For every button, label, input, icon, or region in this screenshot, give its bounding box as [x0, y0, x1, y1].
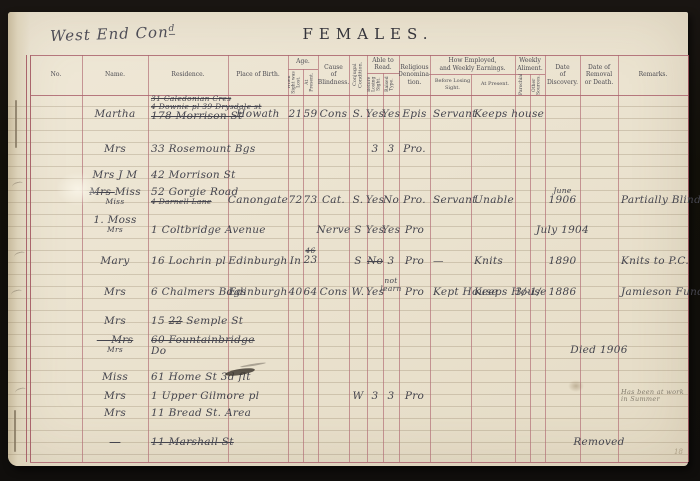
ledger-cell: 4623 [303, 247, 318, 277]
ledger-cell: Died 1906 [580, 335, 618, 367]
stain [568, 380, 584, 392]
ledger-cell: S. [349, 95, 367, 135]
column-header: Date ofRemovalor Death. [580, 55, 618, 95]
column-header: WeeklyAliment. [515, 55, 545, 74]
ledger-cell: Yes [367, 215, 383, 247]
ledger-cell: — [430, 247, 471, 277]
ledger-cell: Mrs [82, 135, 148, 165]
column-subheader: When Sight was Lost. [288, 69, 303, 95]
table-line [580, 55, 581, 462]
ledger-cell: 6 Chalmers Bdgs [148, 277, 228, 309]
ledger-cell: 1 Coltbridge Avenue [148, 215, 228, 247]
column-header: Age. [288, 55, 318, 69]
corner-number: 18 [674, 448, 683, 456]
ledger-cell: 11 Marshall St [148, 424, 228, 462]
column-header: Place of Birth. [228, 55, 288, 95]
column-header: CauseofBlindness. [318, 55, 349, 95]
ledger-cell: 64 [303, 277, 318, 309]
ledger-cell: W. [349, 277, 367, 309]
ledger-cell: Unable [471, 187, 515, 215]
ledger-cell: No [367, 247, 383, 277]
ledger-cell: Cons [318, 95, 349, 135]
page-annotation: West End Cond [50, 23, 176, 45]
ledger-cell: Pro. [399, 135, 430, 165]
ledger-cell: — [82, 424, 148, 462]
ledger-cell: Pro [399, 215, 430, 247]
ledger-cell: Mrs [82, 309, 148, 335]
column-header: DateofDiscovery. [545, 55, 580, 95]
ledger-cell: 60 FountainbridgeDo [148, 335, 228, 367]
column-header: No. [30, 55, 82, 95]
column-header: Remarks. [618, 55, 688, 95]
ledger-cell: Has been at workin Summer [618, 389, 688, 404]
ledger-cell: 3 [383, 389, 399, 404]
table-line [30, 462, 688, 463]
ledger-cell: 42 Morrison St [148, 165, 228, 187]
ledger-cell: 1890 [545, 247, 580, 277]
column-subheader: At Present. [303, 69, 318, 95]
ledger-cell: Epis [399, 95, 430, 135]
ledger-cell: Mrs [82, 277, 148, 309]
ledger-sheet: No.Name.Residence.Place of Birth.Causeof… [30, 55, 688, 462]
column-subheader: Other Sources. [530, 74, 545, 95]
ledger-cell: Mrs [82, 404, 148, 424]
ledger-cell: 1886 [545, 277, 580, 309]
column-subheader: At Present. [471, 74, 519, 95]
ledger-cell: July 1904 [545, 215, 580, 247]
ledger-cell: Yes [367, 187, 383, 215]
ledger-cell: Cat. [318, 187, 349, 215]
ledger-cell: Knits to P.C. [618, 247, 688, 277]
ledger-cell: Pro [399, 389, 430, 404]
ledger-cell: Keeps house [471, 95, 515, 135]
ledger-cell: 1/- [530, 277, 545, 309]
ledger-cell: Kept House [430, 277, 471, 309]
ledger-cell: Servant [430, 187, 471, 215]
ledger-cell: Cons [318, 277, 349, 309]
ledger-cell: Pro [399, 277, 430, 309]
ledger-cell: Howath [228, 95, 288, 135]
ledger-cell: In [288, 247, 303, 277]
ledger-page: West End Cond FEMALES. No.Name.Residence… [8, 12, 688, 466]
column-header: How Employed,and Weekly Earnings. [430, 55, 515, 74]
table-line [30, 55, 31, 462]
ledger-cell: S [349, 247, 367, 277]
ledger-cell: Servant [430, 95, 471, 135]
annotation-text: West End Con [50, 23, 169, 45]
ledger-cell: Partially Blind [618, 187, 688, 215]
ledger-cell: notlearn [383, 277, 399, 309]
ledger-cell: Mrs [82, 389, 148, 404]
ledger-cell: No [383, 187, 399, 215]
column-subheader: Raised Type. [383, 73, 399, 95]
ledger-cell: 72 [288, 187, 303, 215]
ledger-cell: 33 Rosemount Bgs [148, 135, 228, 165]
ledger-cell: 59 [303, 95, 318, 135]
ledger-cell: 3/- [515, 277, 530, 309]
column-subheader: Before Losing Sight. [367, 73, 383, 95]
ledger-cell: Jamieson Fund £8 [618, 277, 688, 309]
ledger-cell: — MrsMrs [82, 335, 148, 367]
ledger-cell: June1906 [545, 187, 580, 215]
column-subheader: Before Losing Sight. [430, 74, 475, 95]
ledger-cell: 61 Home St 3d flt [148, 367, 228, 389]
table-line [530, 74, 531, 462]
table-line [26, 55, 27, 462]
column-header: Name. [82, 55, 148, 95]
column-header: Conjugal Condition. [349, 55, 367, 95]
ledger-cell: Removed [580, 424, 618, 462]
ledger-cell: 16 Lochrin pl [148, 247, 228, 277]
ledger-cell: Edinburgh [228, 277, 288, 309]
ledger-cell: Nerve [318, 215, 349, 247]
ledger-cell: Edinburgh [228, 247, 288, 277]
column-header: ReligiousDenomina-tion. [399, 55, 430, 95]
ledger-cell: 3 [383, 135, 399, 165]
ledger-cell: Canongate [228, 187, 288, 215]
ledger-cell: Mary [82, 247, 148, 277]
ledger-cell: Yes [367, 95, 383, 135]
ledger-cell: Pro [399, 247, 430, 277]
ledger-cell: Knits [471, 247, 515, 277]
ledger-cell: Yes [367, 277, 383, 309]
ledger-cell: 31 Caledonian Cres4 Downie pl 39 Drysdal… [148, 95, 228, 135]
ledger-cell: Yes [383, 95, 399, 135]
ledger-cell: 15 22 Semple St [148, 309, 228, 335]
ledger-cell: Miss [82, 367, 148, 389]
ledger-cell: W [349, 389, 367, 404]
ledger-cell: Pro. [399, 187, 430, 215]
column-header: Able toRead. [367, 55, 399, 73]
ledger-cell: S. [349, 187, 367, 215]
annotation-superscript: d [168, 24, 175, 35]
page-title: FEMALES. [248, 25, 488, 43]
ledger-cell: Martha [82, 95, 148, 135]
ledger-cell: 3 [383, 247, 399, 277]
ledger-cell: 3 [367, 135, 383, 165]
ledger-cell: Keeps House [471, 277, 515, 309]
ledger-cell: Yes [383, 215, 399, 247]
ledger-cell: 21 [288, 95, 303, 135]
ledger-cell: 52 Gorgie Road4 Darnell Lane [148, 187, 228, 215]
ledger-cell: S [349, 215, 367, 247]
ledger-cell: 1. MossMrs [82, 215, 148, 247]
faded-patch [56, 172, 100, 206]
column-subheader: Parochial. [515, 74, 530, 95]
column-header: Residence. [148, 55, 228, 95]
ledger-cell: 73 [303, 187, 318, 215]
ledger-cell: 3 [367, 389, 383, 404]
ledger-cell: 1 Upper Gilmore pl [148, 389, 228, 404]
ledger-cell: 11 Bread St. Area [148, 404, 228, 424]
scanned-ledger: West End Cond FEMALES. No.Name.Residence… [0, 0, 700, 481]
ledger-cell: 40 [288, 277, 303, 309]
